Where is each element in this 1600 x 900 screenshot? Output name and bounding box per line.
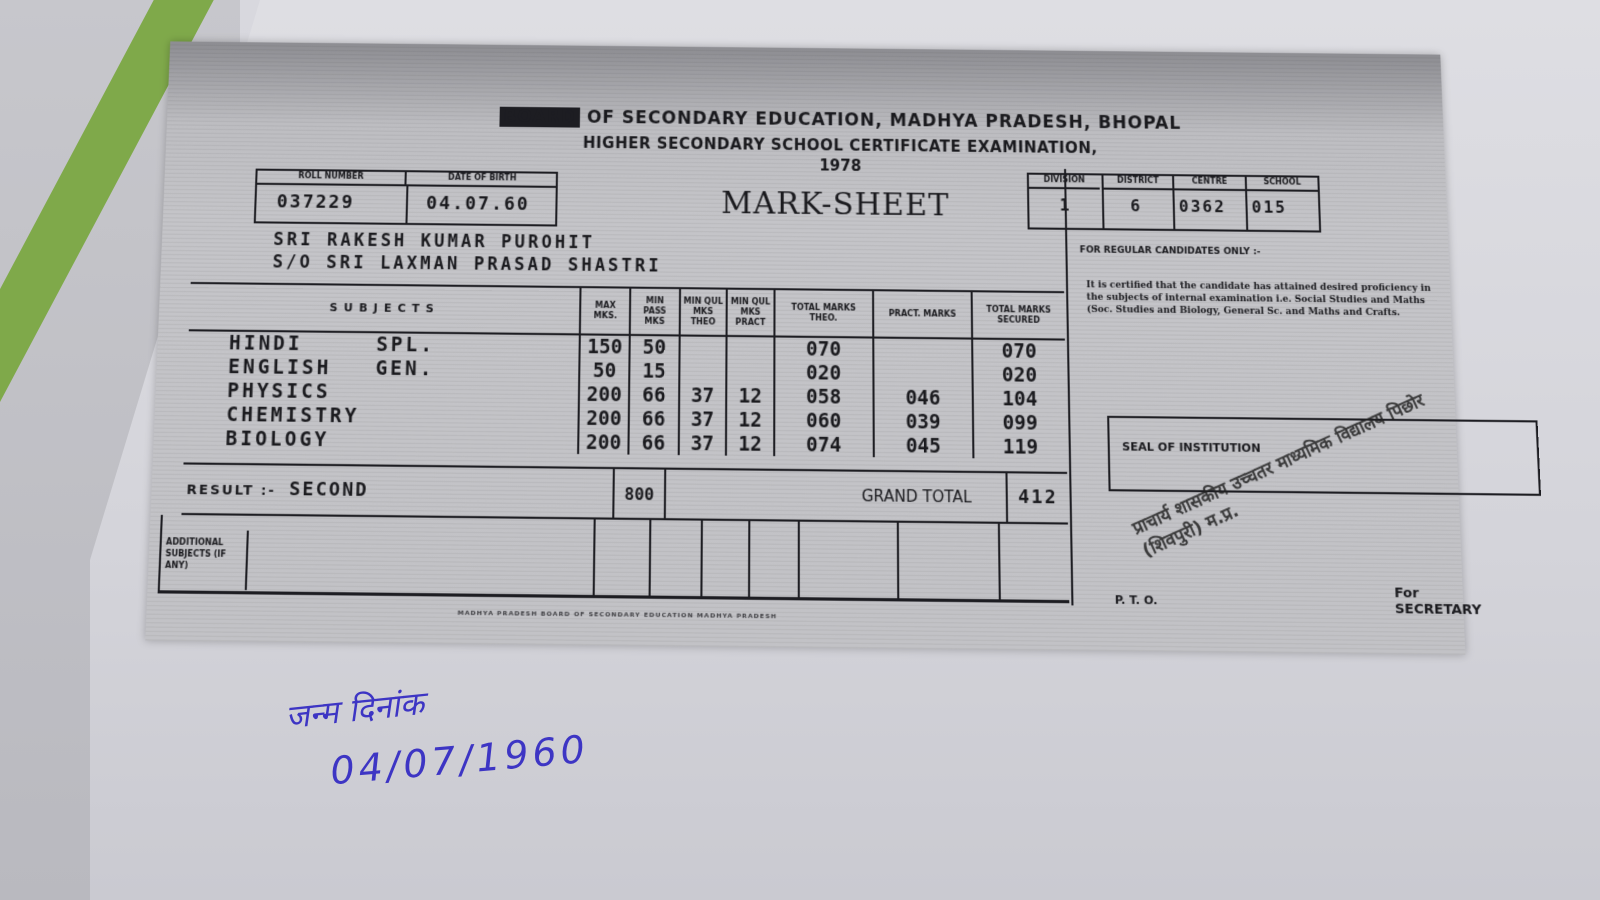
footer-strip: MADHYA PRADESH BOARD OF SECONDARY EDUCAT… [457, 609, 777, 620]
min-theo-cell [679, 335, 727, 359]
board-header: BOARD OF SECONDARY EDUCATION, MADHYA PRA… [368, 105, 1313, 135]
pract-cell: 045 [873, 433, 973, 458]
max-cell: 200 [579, 406, 629, 431]
subject-cell: BIOLOGY [184, 426, 579, 454]
additional-subjects-label: ADDITIONAL SUBJECTS (IF ANY) [164, 530, 249, 590]
min-pass-cell: 66 [629, 383, 679, 407]
result: RESULT :- SECOND [186, 477, 369, 501]
certification-text: It is certified that the candidate has a… [1086, 279, 1443, 320]
pract-cell [873, 338, 972, 363]
header-pract-marks: PRACT. MARKS [873, 290, 972, 338]
min-pract-cell [726, 360, 774, 384]
max-cell: 200 [579, 382, 629, 406]
additional-subjects-section: ADDITIONAL SUBJECTS (IF ANY) [158, 515, 1070, 603]
min-pass-cell: 50 [630, 335, 680, 359]
grand-total-value: 412 [1005, 473, 1067, 522]
total-cell: 104 [973, 386, 1067, 411]
theo-cell: 074 [774, 432, 874, 457]
marksheet-photocopy: BOARD OF SECONDARY EDUCATION, MADHYA PRA… [145, 41, 1465, 654]
secretary-signature-label: For SECRETARY [1394, 585, 1482, 618]
subject-cell: CHEMISTRY [185, 402, 579, 430]
header-min-pass: MIN PASS MKS [630, 288, 680, 336]
header-subjects: SUBJECTS [189, 283, 581, 334]
roll-number-label: ROLL NUMBER [257, 171, 407, 187]
min-pract-cell [727, 336, 775, 360]
min-pass-cell: 66 [628, 431, 678, 456]
total-cell: 070 [972, 339, 1065, 364]
header-total-theo: TOTAL MARKS THEO. [774, 289, 873, 337]
header-max-marks: MAX MKS. [580, 287, 630, 335]
min-pract-cell: 12 [726, 384, 774, 408]
total-cell: 020 [972, 362, 1065, 387]
min-theo-cell: 37 [678, 407, 726, 432]
total-cell: 119 [973, 434, 1067, 459]
dob-label: DATE OF BIRTH [406, 172, 558, 188]
pract-cell [873, 361, 972, 386]
pract-cell: 046 [873, 385, 973, 410]
subject-cell: HINDI SPL. [188, 330, 580, 358]
seal-label: SEAL OF INSTITUTION [1122, 441, 1261, 455]
min-pract-cell: 12 [726, 432, 774, 457]
header-total-secured: TOTAL MARKS SECURED [972, 291, 1065, 339]
header-min-qul-theo: MIN QUL MKS THEO [679, 288, 727, 336]
theo-cell: 060 [774, 408, 874, 433]
max-cell: 200 [579, 430, 629, 455]
result-value: SECOND [289, 478, 369, 501]
min-theo-cell: 37 [678, 431, 726, 456]
roll-number-value: 037229 [276, 191, 354, 213]
result-row: RESULT :- SECOND 800 GRAND TOTAL 412 [181, 462, 1068, 524]
theo-cell: 058 [774, 384, 873, 409]
candidate-name: SRI RAKESH KUMAR PUROHIT [273, 230, 595, 254]
min-pass-cell: 15 [629, 359, 679, 383]
max-total: 800 [612, 469, 666, 518]
max-cell: 50 [580, 358, 630, 382]
parent-name: S/O SRI LAXMAN PRASAD SHASTRI [272, 252, 662, 277]
mark-sheet-title: MARK-SHEET [668, 185, 1002, 224]
subject-cell: ENGLISH GEN. [187, 354, 580, 382]
min-pass-cell: 66 [629, 407, 679, 432]
dob-value: 04.07.60 [426, 193, 530, 215]
marks-table: SUBJECTS MAX MKS. MIN PASS MKS MIN QUL M… [184, 282, 1067, 459]
roll-dob-box: ROLL NUMBER DATE OF BIRTH 037229 04.07.6… [254, 169, 558, 227]
min-theo-cell [679, 359, 727, 383]
min-theo-cell: 37 [679, 383, 727, 407]
pract-cell: 039 [873, 409, 973, 434]
grand-total-label: GRAND TOTAL [862, 487, 972, 507]
theo-cell: 070 [774, 336, 873, 361]
total-cell: 099 [973, 410, 1067, 435]
max-cell: 150 [580, 334, 630, 358]
subject-cell: PHYSICS [186, 378, 580, 406]
regular-candidates-label: FOR REGULAR CANDIDATES ONLY :- [1080, 245, 1261, 257]
board-header-text: OF SECONDARY EDUCATION, MADHYA PRADESH, … [587, 108, 1182, 134]
certification-panel: FOR REGULAR CANDIDATES ONLY :- It is cer… [1064, 169, 1455, 610]
min-pract-cell: 12 [726, 408, 774, 433]
board-header-smudged: BOARD [499, 107, 580, 128]
pto-label: P. T. O. [1115, 593, 1158, 607]
result-label: RESULT :- [186, 482, 276, 499]
theo-cell: 020 [774, 360, 873, 385]
header-min-qul-pract: MIN QUL MKS PRACT [727, 289, 775, 337]
